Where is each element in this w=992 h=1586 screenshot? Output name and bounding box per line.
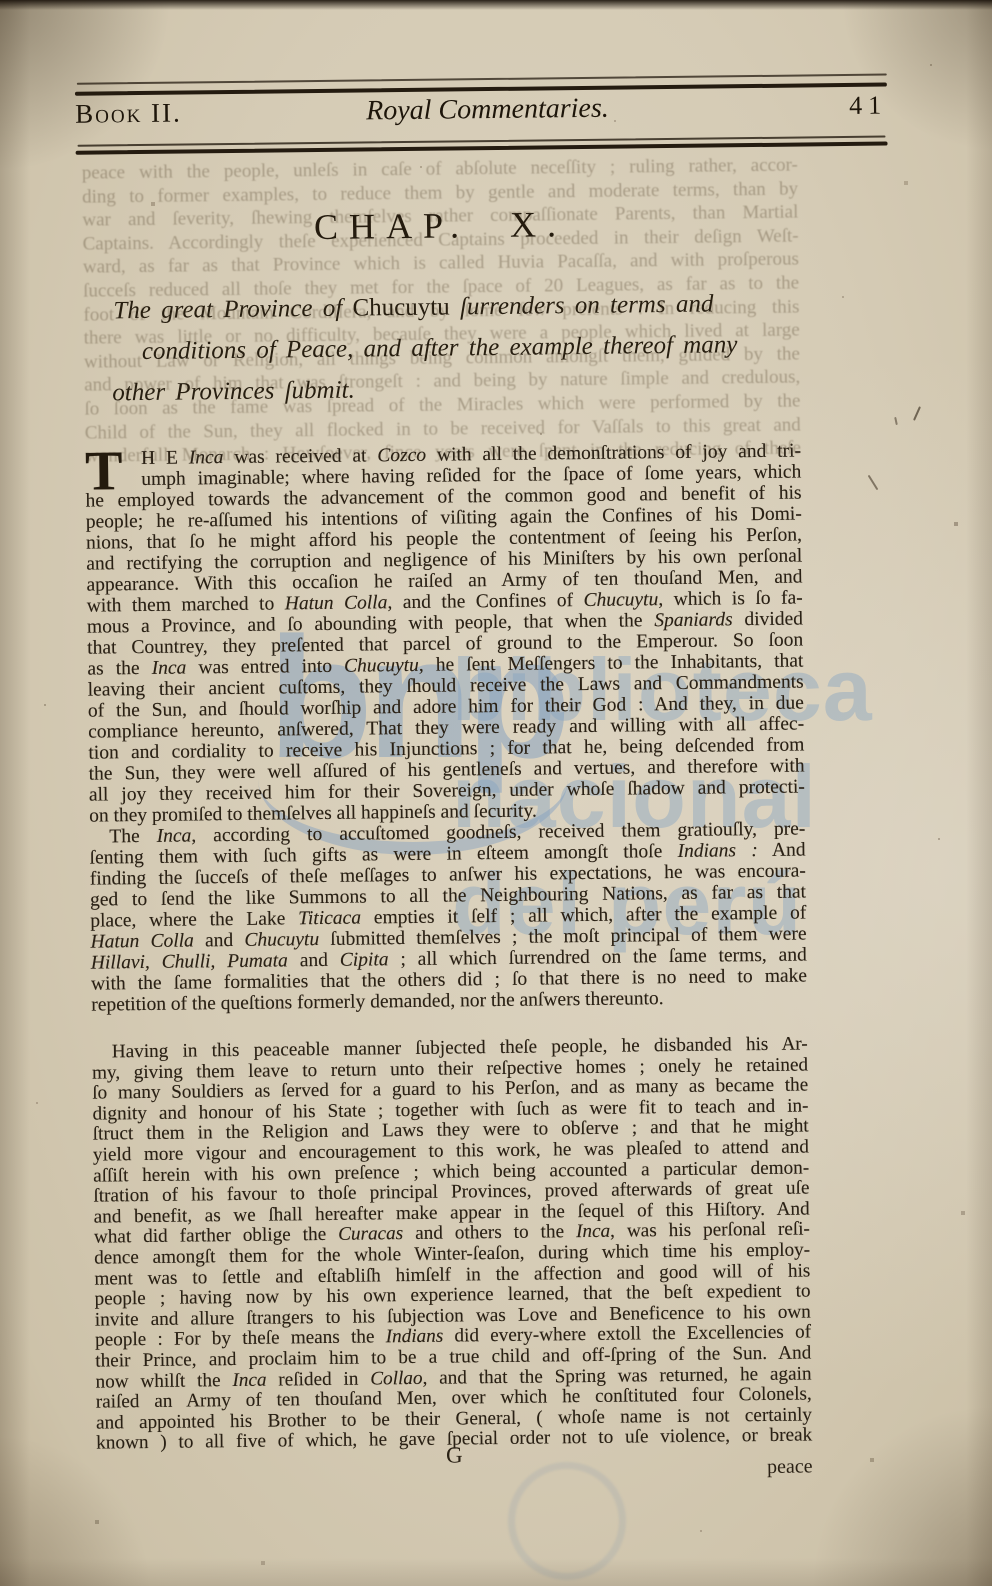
- printed-text-layer: Book II. Royal Commentaries. 41 CHAP. X.…: [0, 0, 992, 1586]
- paragraph: TH E Inca was received at Cozco with all…: [85, 441, 805, 827]
- running-title: Royal Commentaries.: [154, 90, 822, 130]
- running-header: Book II. Royal Commentaries. 41: [75, 90, 887, 131]
- paragraph: Having in this peaceable manner ſubjecte…: [92, 1034, 813, 1454]
- chapter-argument-line: other Provinces ſubmit.: [84, 365, 800, 414]
- drop-cap: T: [85, 449, 123, 493]
- chapter-heading: CHAP. X.: [82, 201, 798, 251]
- paper-specks: [0, 0, 2, 2]
- page-number: 41: [849, 91, 887, 121]
- faint-stamp: [508, 1462, 626, 1580]
- body-text: TH E Inca was received at Cozco with all…: [85, 441, 812, 1455]
- chapter-argument: The great Province of Chucuytu ſurrender…: [83, 283, 800, 414]
- scanned-page: peace with the people, unleſs in caſe of…: [0, 0, 992, 1586]
- chapter-argument-line: conditions of Peace, and after the examp…: [84, 324, 800, 373]
- paragraph: The Inca, according to accuſtomed goodne…: [89, 818, 807, 1015]
